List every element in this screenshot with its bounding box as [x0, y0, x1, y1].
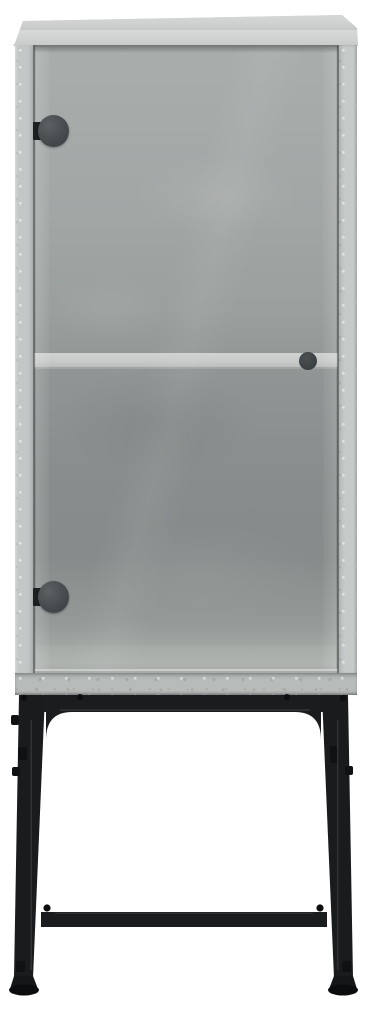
- bar-bolt-3: [284, 694, 290, 700]
- cabinet-left-stile: [15, 45, 34, 674]
- cabinet-right-stile: [338, 45, 357, 674]
- bar-bolt-2: [77, 694, 83, 700]
- stretcher-highlight: [55, 913, 313, 914]
- leg-top-bar-highlight: [60, 709, 310, 710]
- cabinet-top-panel: [13, 13, 358, 46]
- right-leg-latch-plate: [330, 746, 337, 763]
- right-leg-bolt-2: [342, 961, 351, 972]
- leg-frame: [0, 690, 367, 1020]
- glass-top-shadow: [34, 45, 338, 53]
- left-leg-bolt-2: [18, 747, 27, 760]
- hinge-bottom: [38, 581, 69, 613]
- product-photo: [0, 0, 367, 1020]
- stretcher-bolt-right: [316, 904, 323, 911]
- right-leg-bolt-1: [345, 766, 353, 775]
- glass-reflection-overlay: [34, 45, 338, 673]
- door-right-seam: [337, 45, 339, 673]
- stretcher-bar: [41, 912, 327, 927]
- hinge-top: [38, 115, 69, 147]
- left-leg-bolt-1: [11, 715, 19, 725]
- left-leg-highlight: [31, 720, 32, 970]
- bar-bolt-4: [340, 695, 346, 701]
- right-leg-highlight: [337, 720, 338, 970]
- left-foot-base: [9, 985, 39, 996]
- gusset-left: [46, 712, 72, 740]
- left-leg: [14, 695, 45, 978]
- door-knob: [299, 352, 317, 370]
- left-leg-bolt-4: [16, 961, 25, 972]
- glass-bottom-edge: [34, 669, 338, 671]
- gusset-right: [295, 712, 321, 740]
- stretcher-bolt-left: [43, 904, 50, 911]
- bar-bolt-1: [21, 695, 27, 701]
- left-leg-bolt-3: [12, 767, 20, 776]
- right-foot-base: [328, 985, 358, 996]
